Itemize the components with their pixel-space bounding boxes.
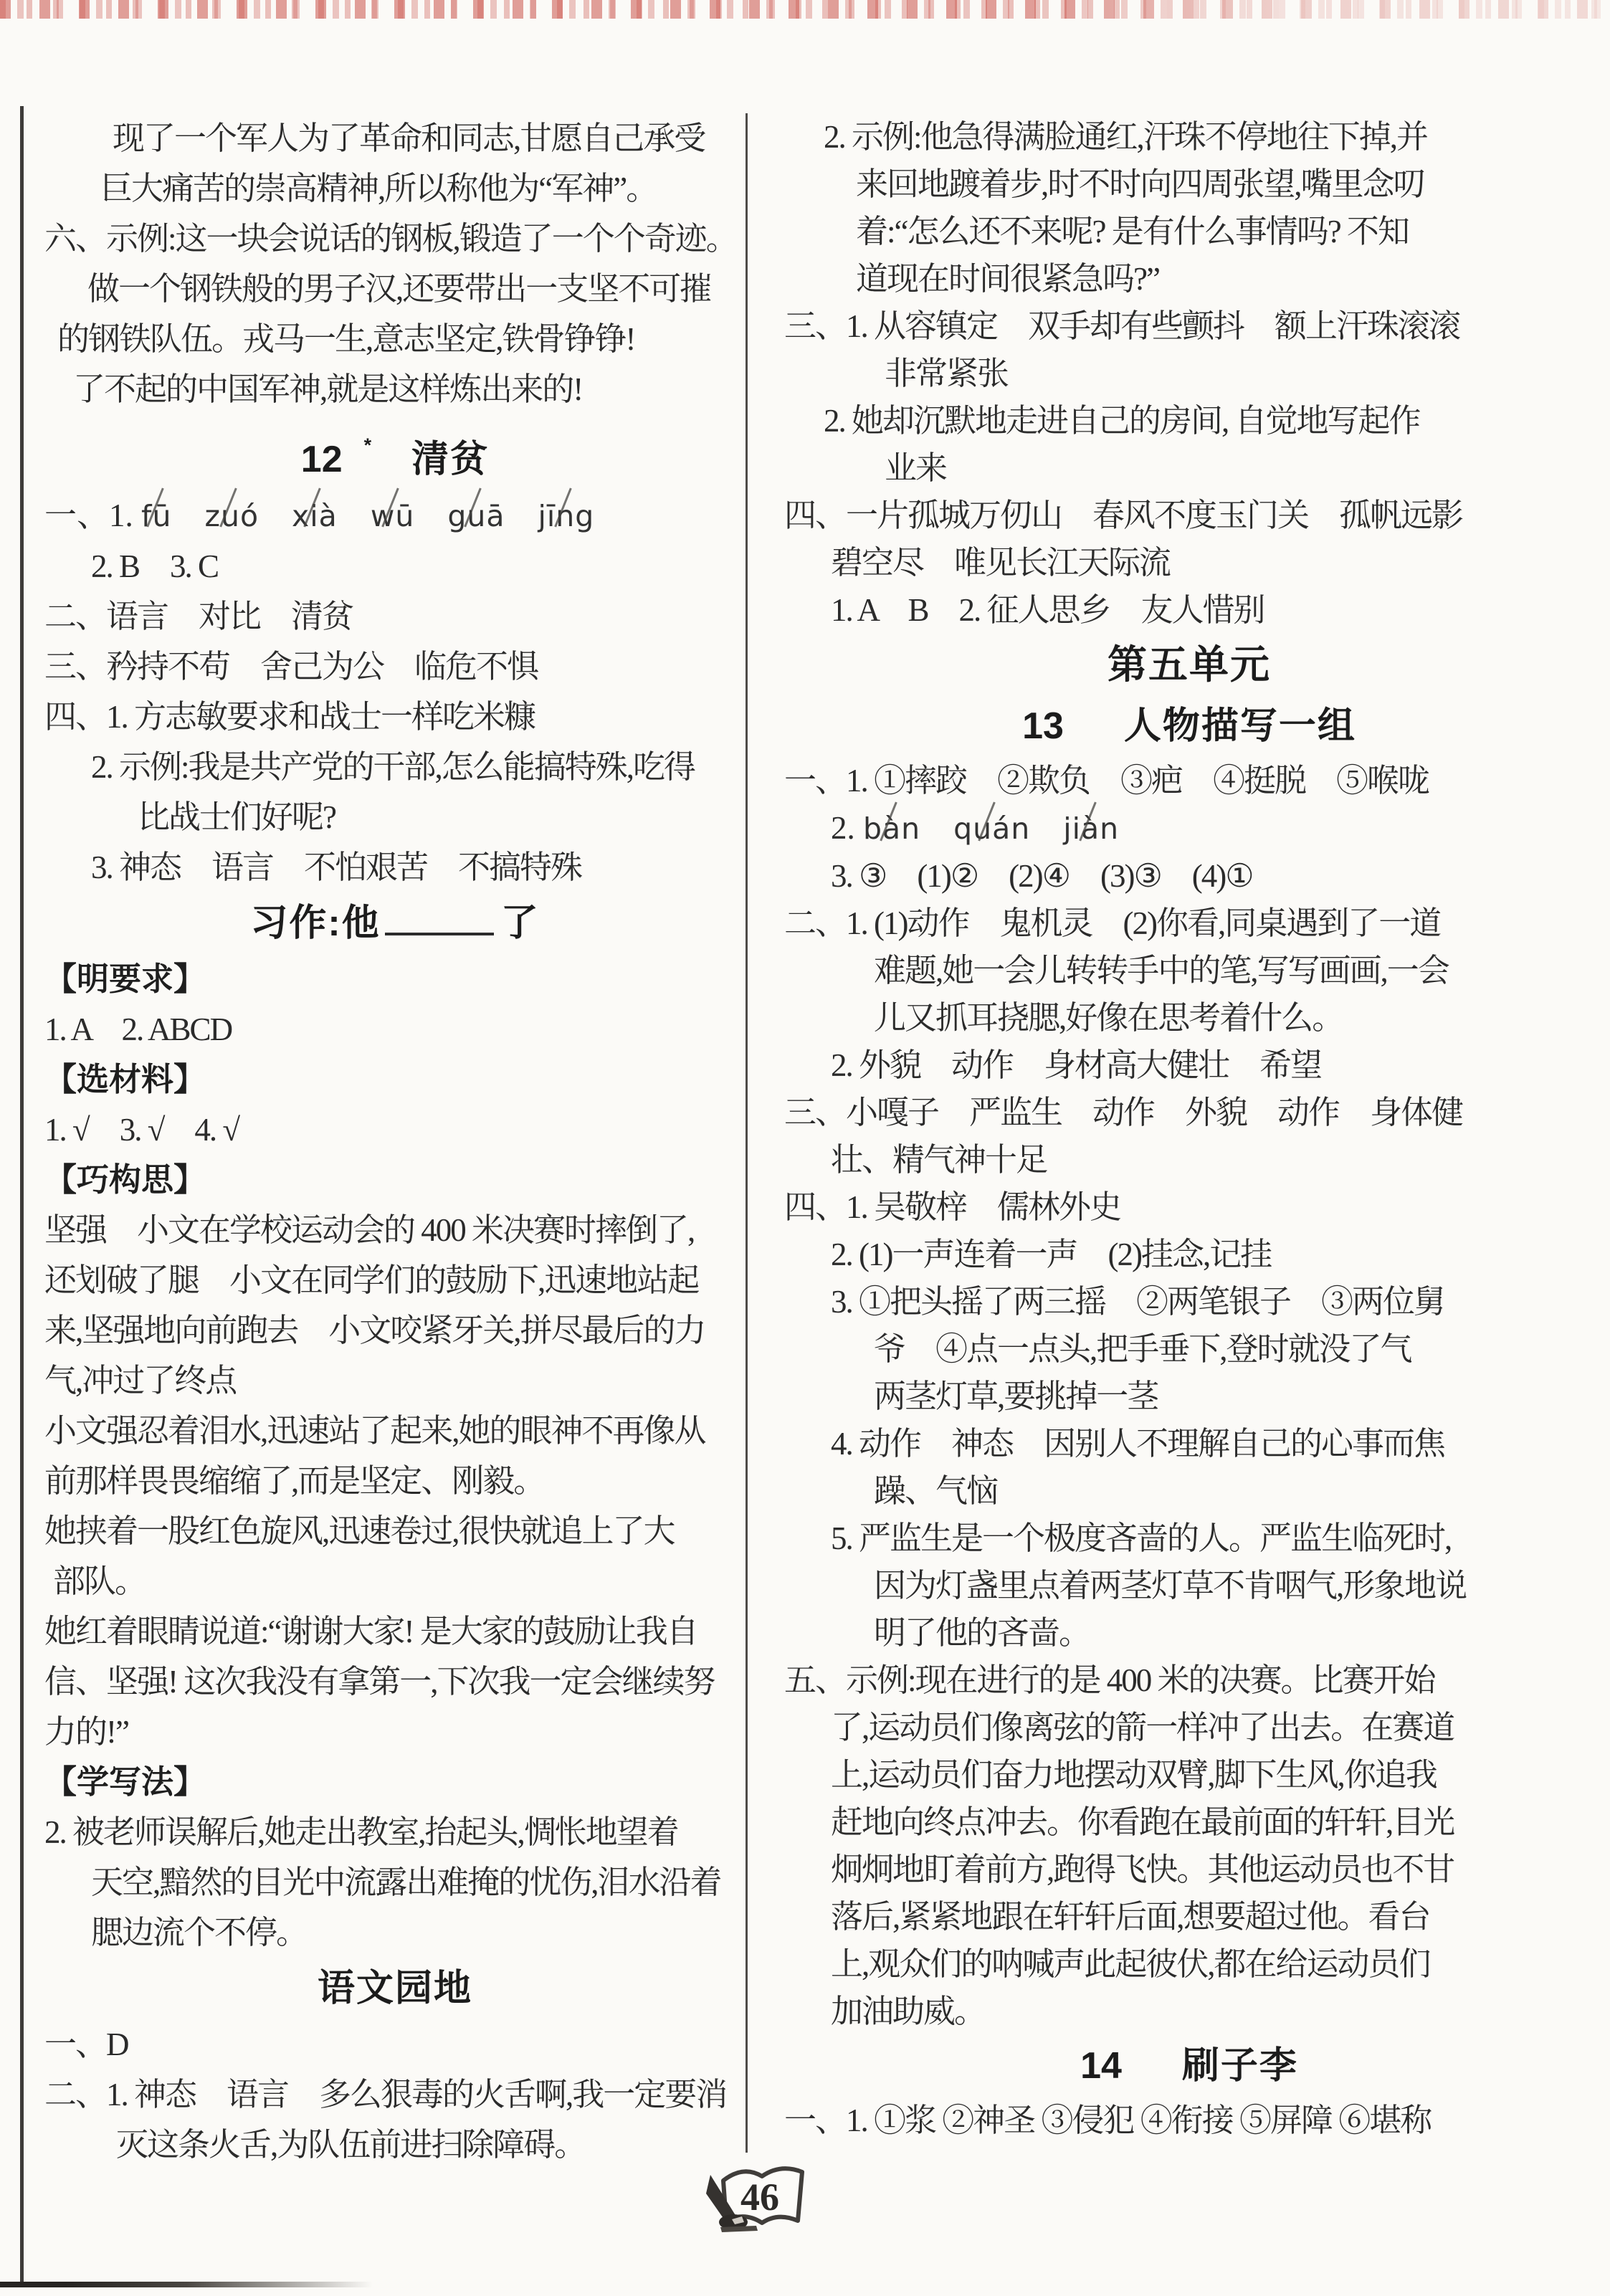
answer-line: 落后,紧紧地跟在轩轩后面,想要超过他。看台 <box>784 1893 1594 1940</box>
answer-line: 二、1. 神态 语言 多么狠毒的火舌啊,我一定要消 <box>44 2069 746 2120</box>
answer-line: 四、1. 吴敬梓 儒林外史 <box>784 1183 1594 1231</box>
answer-line: 二、1. (1)动作 鬼机灵 (2)你看,同桌遇到了一道 <box>784 900 1594 947</box>
pinyin-syllable: xià <box>292 491 338 541</box>
answer-line: 来,坚强地向前跑去 小文咬紧牙关,拼尽最后的力 <box>44 1305 746 1356</box>
answer-line: 2. 外貌 动作 身材高大健壮 希望 <box>784 1042 1594 1089</box>
answer-line: 1. A 2. ABCD <box>44 1004 746 1054</box>
pinyin-line: 一、1. fūzuóxiàwūguājīng <box>44 490 746 541</box>
cropped-red-text-fade <box>0 0 1610 22</box>
answer-line: 2. 示例:他急得满脸通红,汗珠不停地往下掉,并 <box>784 113 1594 161</box>
section-header: 12* 清贫 <box>44 414 746 490</box>
answer-line: 5. 严监生是一个极度吝啬的人。严监生临死时, <box>784 1515 1594 1562</box>
answer-line: 腮边流个不停。 <box>44 1907 746 1958</box>
section-header: 13 人物描写一组 <box>784 695 1594 757</box>
answer-line: 坚强 小文在学校运动会的 400 米决赛时摔倒了, <box>44 1205 746 1255</box>
answer-line: 1. A B 2. 征人思乡 友人惜别 <box>784 586 1594 634</box>
answer-line: 一、D <box>44 2019 746 2069</box>
bracket-header: 【选材料】 <box>44 1054 746 1105</box>
answer-line: 2. (1)一声连着一声 (2)挂念,记挂 <box>784 1231 1594 1278</box>
answer-line: 3. ③ (1)② (2)④ (3)③ (4)① <box>784 852 1594 900</box>
answer-line: 还划破了腿 小文在同学们的鼓励下,迅速地站起 <box>44 1255 746 1305</box>
answer-line: 儿又抓耳挠腮,好像在思考着什么。 <box>784 994 1594 1042</box>
pinyin-syllable: fū <box>141 491 171 541</box>
page-bottom-edge-line <box>0 2282 373 2287</box>
answer-line: 加油助威。 <box>784 1988 1594 2035</box>
answer-line: 三、矜持不苟 舍己为公 临危不惧 <box>44 642 746 692</box>
bracket-header: 【巧构思】 <box>44 1155 746 1205</box>
page-number: 46 <box>729 2175 791 2219</box>
answer-line: 2. 被老师误解后,她走出教室,抬起头,惆怅地望着 <box>44 1807 746 1857</box>
answer-line: 巨大痛苦的崇高精神,所以称他为“军神”。 <box>44 163 746 214</box>
answer-line: 3. ①把头摇了两三摇 ②两笔银子 ③两位舅 <box>784 1278 1594 1325</box>
section-header: 14 刷子李 <box>784 2035 1594 2097</box>
right-column: 2. 示例:他急得满脸通红,汗珠不停地往下掉,并来回地踱着步,时不时向四周张望,… <box>784 113 1594 2144</box>
page-left-border-line <box>20 106 24 2287</box>
answer-line: 部队。 <box>44 1556 746 1606</box>
answer-line: 信、坚强! 这次我没有拿第一,下次我一定会继续努 <box>44 1657 746 1707</box>
pinyin-syllable: jiàn <box>1063 805 1119 852</box>
pinyin-syllable: bàn <box>863 805 920 852</box>
answer-line: 上,运动员们奋力地摆动双臂,脚下生风,你追我 <box>784 1751 1594 1799</box>
answer-line: 两茎灯草,要挑掉一茎 <box>784 1373 1594 1420</box>
answer-line: 一、1. ①摔跤 ②欺负 ③疤 ④挺脱 ⑤喉咙 <box>784 757 1594 804</box>
pinyin-syllable: wū <box>371 491 415 541</box>
answer-line: 明了他的吝啬。 <box>784 1609 1594 1657</box>
answer-line: 气,冲过了终点 <box>44 1356 746 1406</box>
answer-line: 碧空尽 唯见长江天际流 <box>784 539 1594 586</box>
answer-line: 上,观众们的呐喊声此起彼伏,都在给运动员们 <box>784 1940 1594 1988</box>
answer-line: 比战士们好呢? <box>44 792 746 842</box>
answer-line: 2. 她却沉默地走进自己的房间, 自觉地写起作 <box>784 397 1594 444</box>
answer-line: 力的!” <box>44 1707 746 1757</box>
answer-line: 四、1. 方志敏要求和战士一样吃米糠 <box>44 692 746 742</box>
answer-line: 的钢铁队伍。戎马一生,意志坚定,铁骨铮铮! <box>44 314 746 364</box>
answer-line: 做一个钢铁般的男子汉,还要带出一支坚不可摧 <box>44 264 746 314</box>
pinyin-syllable: quán <box>953 805 1030 852</box>
bracket-header: 【明要求】 <box>44 954 746 1004</box>
answer-line: 了不起的中国军神,就是这样炼出来的! <box>44 364 746 414</box>
answer-line: 爷 ④点一点头,把手垂下,登时就没了气 <box>784 1325 1594 1373</box>
section-header: 语文园地 <box>44 1958 746 2019</box>
answer-line: 因为灯盏里点着两茎灯草不肯咽气,形象地说 <box>784 1562 1594 1609</box>
answer-line: 业来 <box>784 444 1594 492</box>
pinyin-line: 2. bànquánjiàn <box>784 804 1594 852</box>
answer-line: 前那样畏畏缩缩了,而是坚定、刚毅。 <box>44 1456 746 1506</box>
pinyin-syllable: guā <box>447 491 505 541</box>
answer-line: 1. √ 3. √ 4. √ <box>44 1105 746 1155</box>
pinyin-syllable: jīng <box>538 491 594 541</box>
answer-line: 三、1. 从容镇定 双手却有些颤抖 额上汗珠滚滚 <box>784 303 1594 350</box>
answer-line: 炯炯地盯着前方,跑得飞快。其他运动员也不甘 <box>784 1846 1594 1893</box>
column-divider <box>746 113 748 2153</box>
answer-line: 来回地踱着步,时不时向四周张望,嘴里念叨 <box>784 161 1594 208</box>
blank-underline <box>385 925 494 935</box>
answer-line: 难题,她一会儿转转手中的笔,写写画画,一会 <box>784 947 1594 994</box>
answer-line: 五、示例:现在进行的是 400 米的决赛。比赛开始 <box>784 1657 1594 1704</box>
answer-line: 天空,黯然的目光中流露出难掩的忧伤,泪水沿着 <box>44 1857 746 1907</box>
answer-line: 了,运动员们像离弦的箭一样冲了出去。在赛道 <box>784 1704 1594 1751</box>
answer-line: 躁、气恼 <box>784 1467 1594 1515</box>
answer-line: 现了一个军人为了革命和同志,甘愿自己承受 <box>44 113 746 163</box>
section-header: 习作:他了 <box>44 892 746 954</box>
answer-line: 二、语言 对比 清贫 <box>44 591 746 642</box>
answer-line: 2. B 3. C <box>44 541 746 591</box>
scanned-answer-page: { "page": { "background": "#fbfaf7", "in… <box>0 0 1610 2296</box>
pinyin-syllable: zuó <box>204 491 259 541</box>
answer-line: 小文强忍着泪水,迅速站了起来,她的眼神不再像从 <box>44 1406 746 1456</box>
answer-line: 她红着眼睛说道:“谢谢大家! 是大家的鼓励让我自 <box>44 1606 746 1657</box>
answer-line: 壮、精气神十足 <box>784 1136 1594 1183</box>
answer-line: 3. 神态 语言 不怕艰苦 不搞特殊 <box>44 842 746 892</box>
answer-line: 她挟着一股红色旋风,迅速卷过,很快就追上了大 <box>44 1506 746 1556</box>
left-column: 现了一个军人为了革命和同志,甘愿自己承受巨大痛苦的崇高精神,所以称他为“军神”。… <box>44 113 746 2170</box>
answer-line: 着:“怎么还不来呢? 是有什么事情吗? 不知 <box>784 208 1594 255</box>
answer-line: 四、一片孤城万仞山 春风不度玉门关 孤帆远影 <box>784 492 1594 539</box>
answer-line: 2. 示例:我是共产党的干部,怎么能搞特殊,吃得 <box>44 742 746 792</box>
answer-line: 4. 动作 神态 因别人不理解自己的心事而焦 <box>784 1420 1594 1467</box>
answer-line: 三、小嘎子 严监生 动作 外貌 动作 身体健 <box>784 1089 1594 1136</box>
answer-line: 一、1. ①浆 ②神圣 ③侵犯 ④衔接 ⑤屏障 ⑥堪称 <box>784 2097 1594 2144</box>
answer-line: 灭这条火舌,为队伍前进扫除障碍。 <box>44 2120 746 2170</box>
answer-line: 六、示例:这一块会说话的钢板,锻造了一个个奇迹。 <box>44 214 746 264</box>
answer-line: 赶地向终点冲去。你看跑在最前面的轩轩,目光 <box>784 1799 1594 1846</box>
answer-line: 非常紧张 <box>784 350 1594 397</box>
answer-line: 道现在时间很紧急吗?” <box>784 255 1594 303</box>
unit-header: 第五单元 <box>784 634 1594 695</box>
page-number-badge: 46 <box>699 2156 817 2239</box>
bracket-header: 【学写法】 <box>44 1757 746 1807</box>
